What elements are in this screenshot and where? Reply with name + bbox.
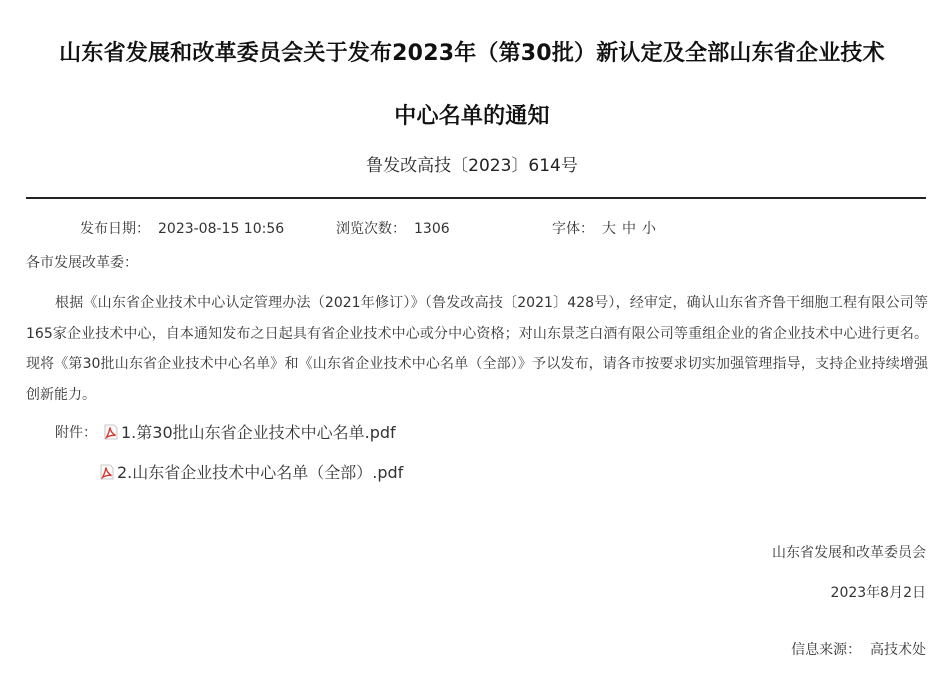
document-number: 鲁发改高技〔2023〕614号	[0, 151, 944, 176]
info-source: 信息来源： 高技术处	[791, 639, 926, 659]
article-title-line-1: 山东省发展和改革委员会关于发布2023年（第30批）新认定及全部山东省企业技术	[0, 36, 944, 67]
header-divider	[26, 197, 926, 199]
font-size-switcher: 字体：大中小	[552, 218, 662, 238]
font-size-large-button[interactable]: 大	[602, 221, 616, 237]
attachment-link-2[interactable]: 2.山东省企业技术中心名单（全部）.pdf	[117, 460, 403, 483]
pdf-icon	[99, 464, 115, 480]
view-count-label: 浏览次数：	[336, 221, 406, 237]
publish-date-label: 发布日期：	[80, 221, 150, 237]
publish-date: 发布日期：2023-08-15 10:56	[80, 218, 284, 238]
view-count-value: 1306	[414, 221, 450, 237]
issue-date: 2023年8月2日	[831, 582, 926, 602]
publish-date-value: 2023-08-15 10:56	[158, 221, 284, 237]
article-title-line-2: 中心名单的通知	[0, 99, 944, 130]
attachments-label: 附件：	[55, 422, 97, 442]
body-paragraph: 根据《山东省企业技术中心认定管理办法（2021年修订）》（鲁发改高技〔2021〕…	[26, 288, 928, 410]
attachment-link-1[interactable]: 1.第30批山东省企业技术中心名单.pdf	[121, 420, 396, 443]
view-count: 浏览次数：1306	[336, 218, 450, 238]
pdf-icon	[103, 424, 119, 440]
issuer-signature: 山东省发展和改革委员会	[772, 542, 926, 562]
attachment-row-2: 2.山东省企业技术中心名单（全部）.pdf	[99, 460, 403, 483]
info-source-label: 信息来源：	[791, 642, 861, 658]
font-size-medium-button[interactable]: 中	[622, 221, 636, 237]
font-size-label: 字体：	[552, 221, 594, 237]
font-size-small-button[interactable]: 小	[642, 221, 656, 237]
info-source-value: 高技术处	[870, 642, 926, 658]
salutation: 各市发展改革委：	[26, 252, 138, 272]
attachment-row-1: 附件： 1.第30批山东省企业技术中心名单.pdf	[55, 420, 396, 443]
